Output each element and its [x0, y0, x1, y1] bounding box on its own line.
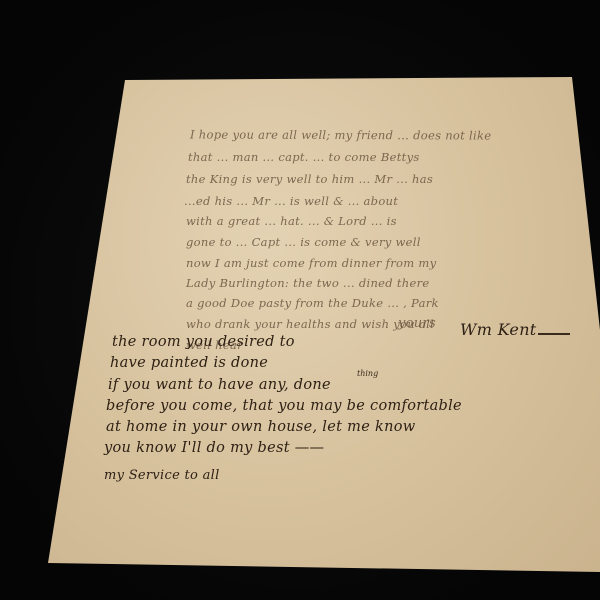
letter-line: if you want to have any, done [108, 377, 331, 393]
postscript: my Service to all [104, 468, 220, 483]
letter-line: at home in your own house, let me know [106, 419, 415, 435]
letter-line: the room you desired to [112, 334, 295, 350]
letter-line: who drank your healths and wish you all [186, 317, 434, 331]
letter-line: now I am just come from dinner from my [186, 256, 436, 270]
letter-line: that ... man ... capt. ... to come Betty… [188, 150, 420, 164]
letter-line: with a great ... hat. ... & Lord ... is [186, 214, 397, 228]
letter-line: a good Doe pasty from the Duke ... , Par… [186, 296, 439, 310]
letter-line: Lady Burlington: the two ... dined there [186, 276, 430, 290]
letter-line: the King is very well to him ... Mr ... … [186, 172, 433, 186]
letter-line: you know I'll do my best —— [104, 440, 324, 456]
letter-line: I hope you are all well; my friend ... d… [190, 127, 491, 142]
signature-flourish [538, 333, 570, 335]
letter-line: have painted is done [110, 355, 268, 371]
inserted-word: thing [357, 369, 378, 378]
letter-line: ...ed his ... Mr ... is well & ... about [184, 194, 398, 208]
letter-line: gone to ... Capt ... is come & very well [186, 235, 421, 249]
letter-closing: yours [398, 316, 436, 331]
signature: Wm Kent [460, 320, 537, 339]
letter-line: before you come, that you may be comfort… [106, 398, 462, 414]
